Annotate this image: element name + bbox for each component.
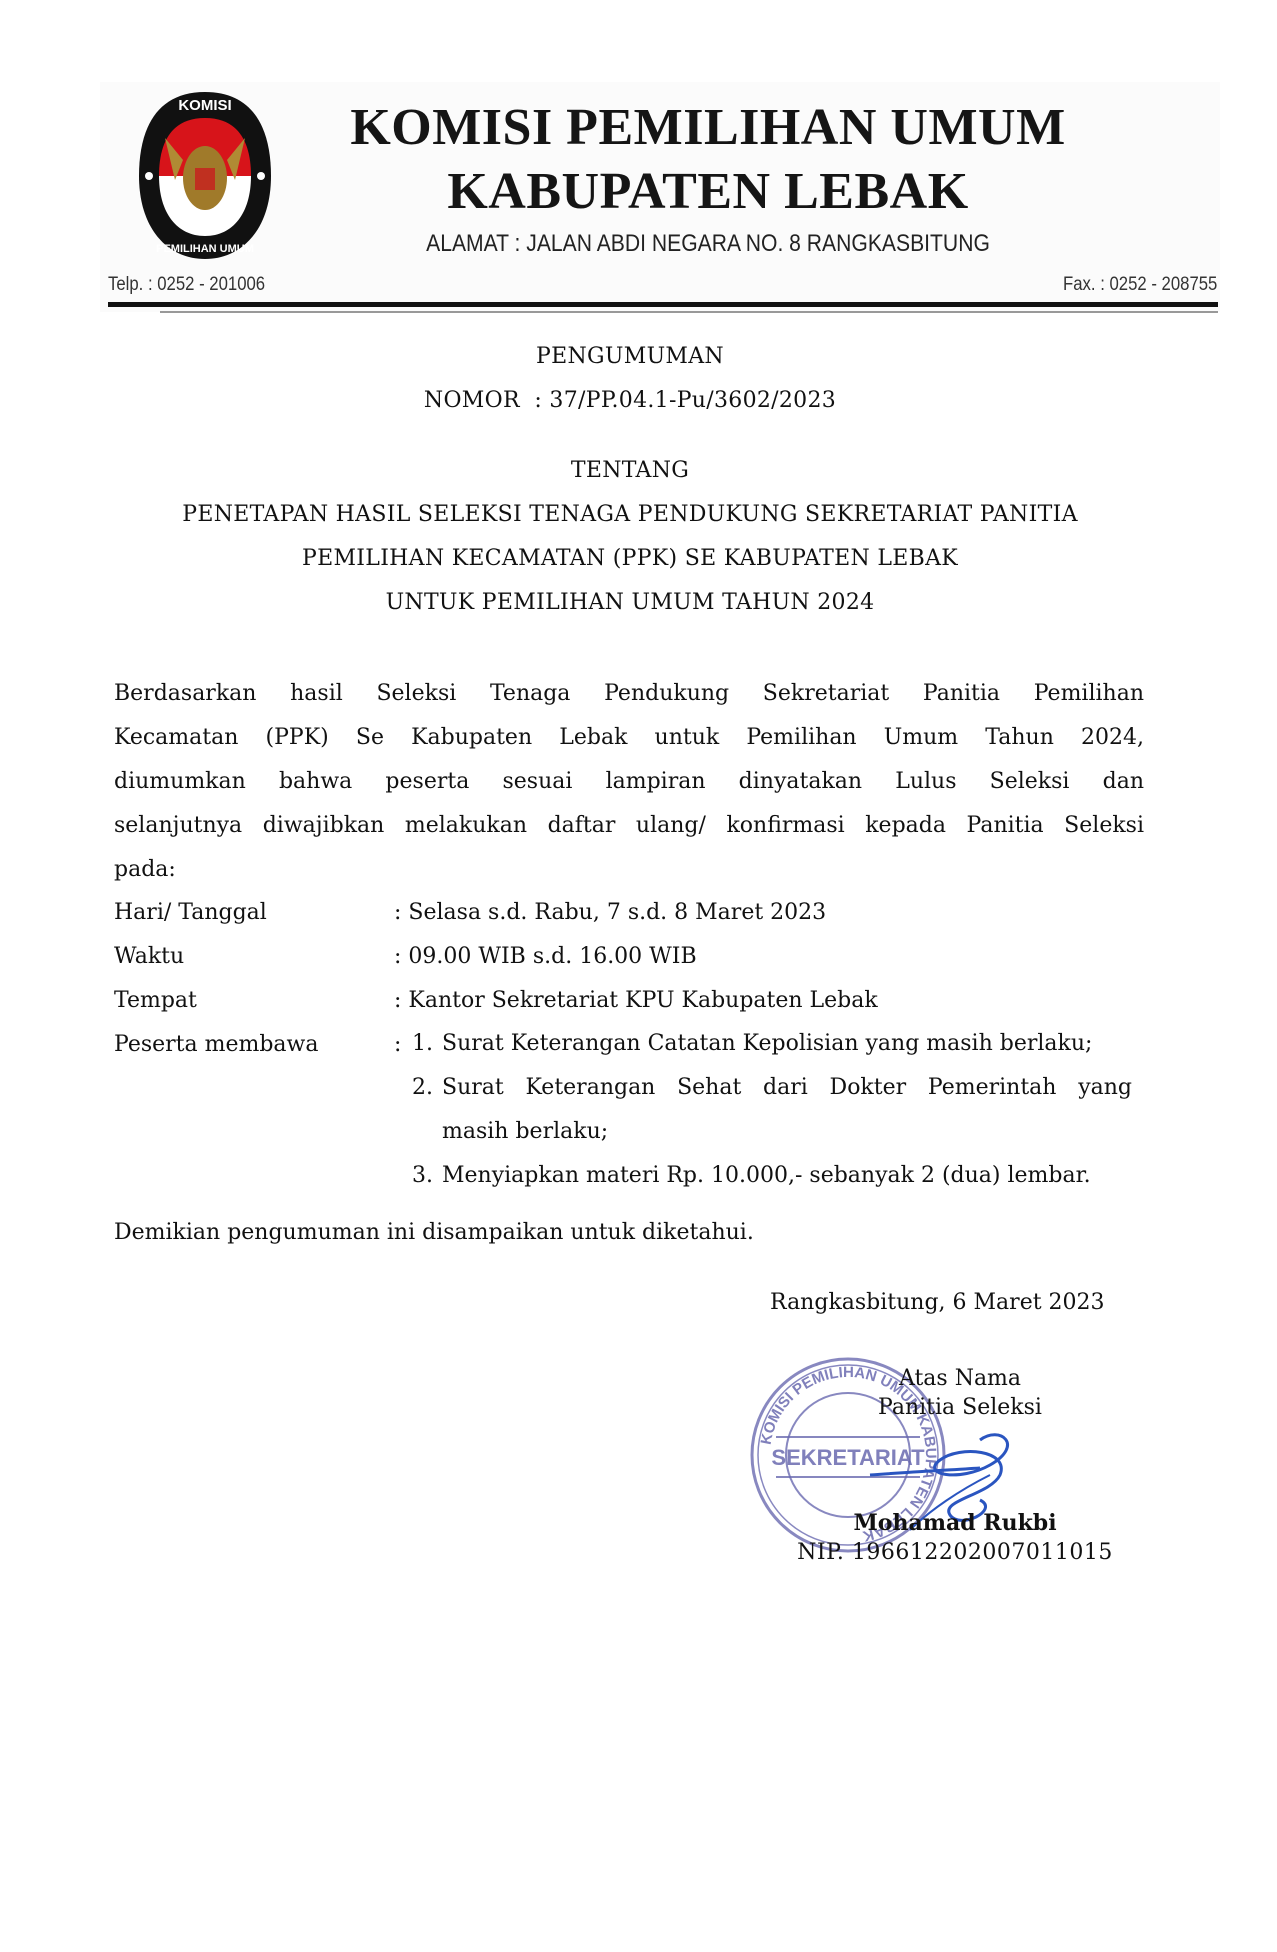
requirement-text: Surat Keterangan Sehat dari Dokter Pemer… bbox=[442, 1066, 1132, 1110]
requirement-text: Surat Keterangan Catatan Kepolisian yang… bbox=[442, 1022, 1138, 1066]
detail-value: : 09.00 WIB s.d. 16.00 WIB bbox=[394, 944, 697, 969]
signing-place-date: Rangkasbitung, 6 Maret 2023 bbox=[770, 1290, 1105, 1315]
requirement-number: 2. bbox=[412, 1066, 433, 1110]
agency-telephone: Telp. : 0252 - 201006 bbox=[108, 274, 265, 296]
requirement-number: 3. bbox=[412, 1154, 433, 1198]
letterhead-divider-thin bbox=[160, 311, 1218, 313]
subject-line: PENETAPAN HASIL SELEKSI TENAGA PENDUKUNG… bbox=[100, 502, 1160, 527]
on-behalf-line: Atas Nama bbox=[840, 1364, 1080, 1393]
letterhead-divider bbox=[108, 302, 1218, 307]
detail-label: Peserta membawa bbox=[114, 1032, 319, 1057]
paragraph-line: Kecamatan (PPK) Se Kabupaten Lebak untuk… bbox=[114, 716, 1144, 760]
on-behalf-line: Panitia Seleksi bbox=[840, 1393, 1080, 1422]
agency-region: KABUPATEN LEBAK bbox=[318, 162, 1098, 221]
agency-name: KOMISI PEMILIHAN UMUM bbox=[318, 98, 1098, 157]
document-title: PENGUMUMAN bbox=[100, 344, 1160, 369]
requirement-text: masih berlaku; bbox=[442, 1110, 1138, 1154]
subject-line: PEMILIHAN KECAMATAN (PPK) SE KABUPATEN L… bbox=[100, 546, 1160, 571]
agency-fax: Fax. : 0252 - 208755 bbox=[1063, 274, 1217, 296]
subject-line: UNTUK PEMILIHAN UMUM TAHUN 2024 bbox=[100, 590, 1160, 615]
paragraph-line: Berdasarkan hasil Seleksi Tenaga Penduku… bbox=[114, 672, 1144, 716]
svg-text:KOMISI: KOMISI bbox=[178, 97, 231, 114]
on-behalf-of: Atas Nama Panitia Seleksi bbox=[840, 1364, 1080, 1422]
closing-statement: Demikian pengumuman ini disampaikan untu… bbox=[114, 1220, 754, 1245]
detail-label: Hari/ Tanggal bbox=[114, 900, 267, 925]
detail-value: : Kantor Sekretariat KPU Kabupaten Lebak bbox=[394, 988, 878, 1013]
paragraph-line: diumumkan bahwa peserta sesuai lampiran … bbox=[114, 760, 1144, 804]
body-paragraph: Berdasarkan hasil Seleksi Tenaga Penduku… bbox=[114, 672, 1144, 892]
document-number: NOMOR : 37/PP.04.1-Pu/3602/2023 bbox=[100, 388, 1160, 413]
signatory-nip: NIP. 196612202007011015 bbox=[780, 1540, 1130, 1565]
detail-value: : bbox=[394, 1032, 401, 1057]
requirement-text: Menyiapkan materi Rp. 10.000,- sebanyak … bbox=[442, 1154, 1138, 1198]
paragraph-line: selanjutnya diwajibkan melakukan daftar … bbox=[114, 804, 1144, 848]
detail-label: Waktu bbox=[114, 944, 184, 969]
signatory-name: Mohamad Rukbi bbox=[800, 1510, 1110, 1536]
announcement-page: KOMISI PEMILIHAN UMUM KOMISI PEMILIHAN U… bbox=[0, 0, 1277, 1952]
paragraph-line: pada: bbox=[114, 848, 1144, 892]
document-about: TENTANG bbox=[100, 458, 1160, 483]
kpu-logo-icon: KOMISI PEMILIHAN UMUM bbox=[135, 88, 275, 263]
requirement-number: 1. bbox=[412, 1022, 433, 1066]
detail-value: : Selasa s.d. Rabu, 7 s.d. 8 Maret 2023 bbox=[394, 900, 826, 925]
detail-label: Tempat bbox=[114, 988, 197, 1013]
agency-address: ALAMAT : JALAN ABDI NEGARA NO. 8 RANGKAS… bbox=[365, 230, 1051, 258]
svg-text:PEMILIHAN UMUM: PEMILIHAN UMUM bbox=[156, 243, 254, 255]
